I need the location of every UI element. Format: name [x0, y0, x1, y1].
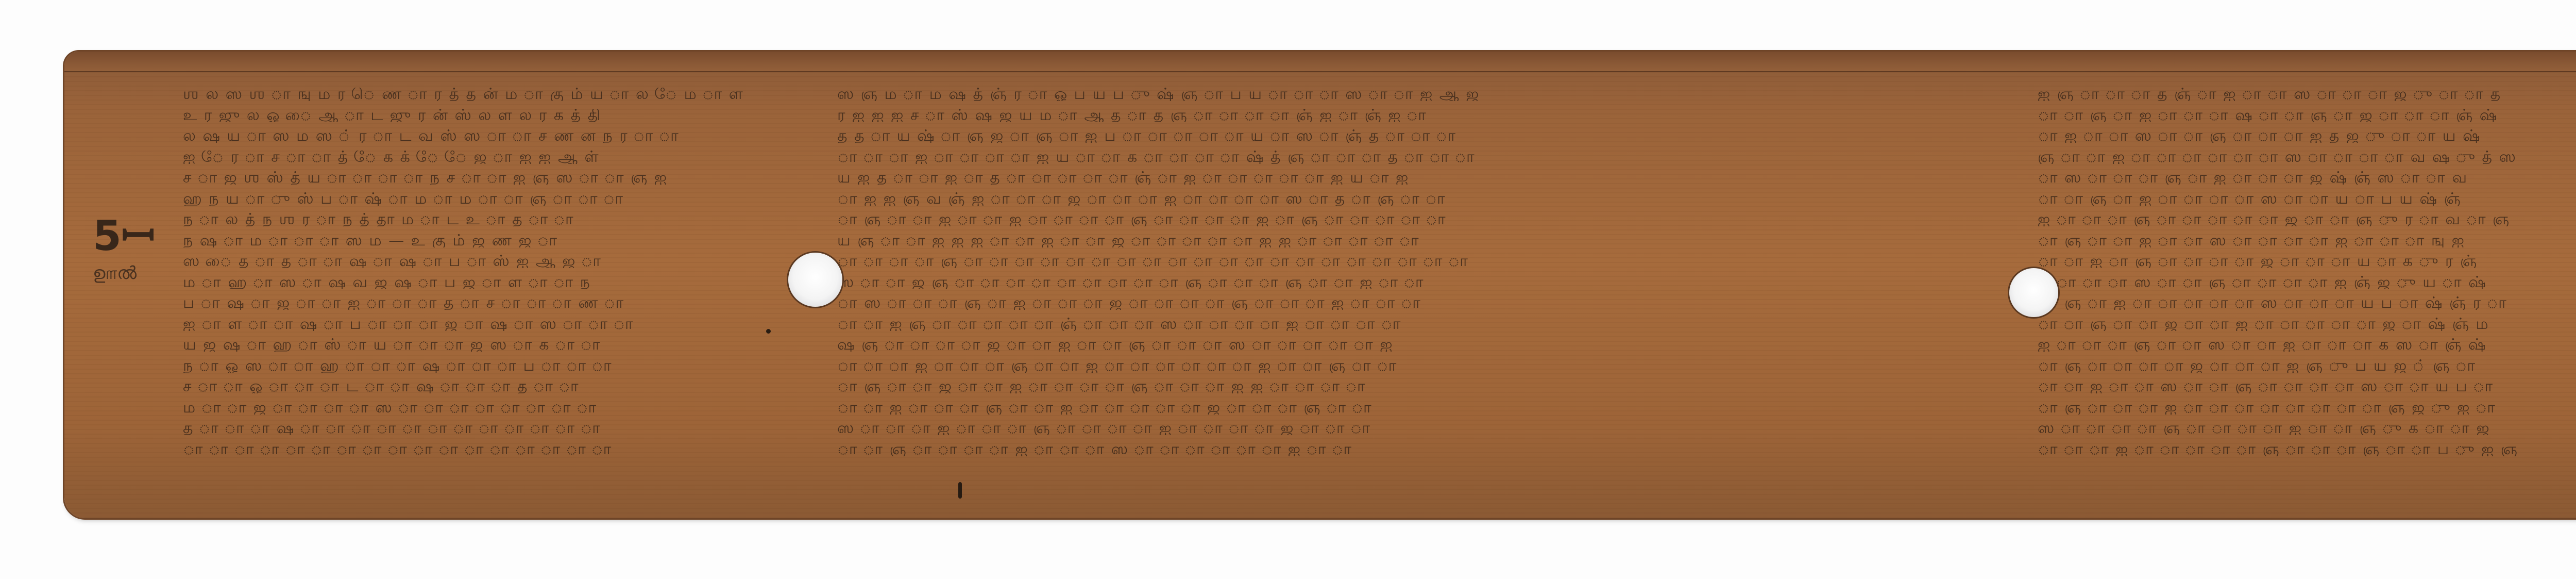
manuscript-line: ா ா ஐ ஞ ா ா ா ா ா ஞ் ா ா ா ஸ ா ா ா ா ஐ ா…	[837, 318, 2022, 331]
palm-leaf: 5ꟷ ഉ௱ൽ ஶ ல ஸ ஶ ா ஙு ம ர ெ ண ா ர த் த ன் …	[64, 52, 2576, 518]
manuscript-line: ஸ ஞ ம ா ம ஷ த் ஞ் ர ா ஓ ப ய ப ு ஷ் ஞ ா ப…	[837, 88, 2022, 101]
manuscript-line: த த ா ய ஷ் ா ஞ ஜ ா ஞ ா ஐ ப ா ா ா ா ா ய ா…	[837, 129, 2022, 143]
manuscript-line: ா ா ஞ ா ஐ ா ா ா ா ஸ ா ா ய ா ப ய ஷ் ஞ்	[2038, 192, 2576, 206]
manuscript-line: ஸ ா ா ா ஐ ா ா ா ஞ ா ா ா ா ஐ ா ா ா ா ஜ ா …	[837, 422, 2022, 435]
manuscript-line: ா ஞ ா ா ஜ ா ா ஐ ா ா ா ா ஞ ா ா ா ஐ ஐ ா ா …	[837, 380, 2022, 393]
manuscript-line: ர ஐ ஐ ஐ ச ா ஸ் ஷ ஜ ய ம ா ஆ த ா த ஞ ா ா ா…	[837, 109, 2022, 122]
manuscript-line: ச ா ஜ ஶ ஸ் த் ய ா ா ா ா ந ச ா ா ஐ ஞ ஸ ா …	[183, 171, 817, 185]
manuscript-line: ஐ ா ள ா ா ஷ ா ப ா ா ா ஜ ா ஷ ா ஸ ா ா ா	[183, 318, 817, 331]
manuscript-line: ந ஷ ா ம ா ா ா ஸ ம — உ கு ம் ஜ ண ஜ ா	[183, 234, 817, 247]
manuscript-line: உ ர ஜு ல ஓ ை ஆ ா ட ஜு ர ன் ஸ் ல ள ல ர க …	[183, 109, 817, 122]
manuscript-line: ா ா ா ஐ ா ா ா ா ா ஞ ா ா ா ஞ ா ா ப ு ஐ ஞ	[2038, 443, 2576, 456]
string-hole-left	[788, 253, 842, 307]
manuscript-line: ஜ ா ா ா ஸ ா ா ஞ ா ா ா ா ஐ ஞ் ஜ ு ய ா ஷ்	[2038, 276, 2576, 289]
scan-background: 5ꟷ ഉ௱ൽ ஶ ல ஸ ஶ ா ஙு ம ர ெ ண ா ர த் த ன் …	[0, 0, 2576, 579]
manuscript-line: ஸ ா ா ஜ ஞ ா ா ா ா ா ா ா ா ா ஞ ா ா ா ஞ ா …	[837, 276, 2022, 289]
manuscript-line: ா ா ஞ ா ா ஜ ா ா ஐ ா ா ா ா ா ஜ ா ஷ் ஞ் ம	[2038, 318, 2576, 331]
manuscript-line: ப ா ஷ ா ஜ ா ா ஐ ா ா ா த ா ச ா ா ா ண ா	[183, 296, 817, 310]
manuscript-line: ா ா ஞ ா ா ா ா ஐ ா ா ா ஸ ா ா ா ா ா ா ஐ ா …	[837, 443, 2022, 456]
manuscript-line: ா ா ஐ ா ா ா ஞ ா ா ஐ ா ா ா ா ா ஜ ா ா ா ஞ …	[837, 401, 2022, 415]
text-column-left: ஶ ல ஸ ஶ ா ஙு ம ர ெ ண ா ர த் த ன் ம ா கு …	[183, 88, 817, 456]
manuscript-line: ஹ ந ய ா ு ஸ் ப ா ஷ் ா ம ா ம ா ா ஞ ா ா ா	[183, 192, 817, 206]
manuscript-line: ஐ ா ா ா ஞ ா ா ா ா ா ஜ ா ா ஞ ு ர ா வ ா ஞ	[2038, 213, 2576, 226]
leaf-top-edge	[64, 52, 2576, 72]
manuscript-line: ஸ ா ா ா ா ஞ ா ா ா ா ஐ ா ா ஞ ு க ா ா ஜ	[2038, 422, 2576, 435]
manuscript-line: ய ஞ ா ா ஐ ஐ ஐ ா ா ஐ ா ா ஜ ா ா ா ா ா ஐ ஐ …	[837, 234, 2022, 247]
manuscript-line: ந ா ஓ ஸ ா ா ஹ ா ா ா ஷ ா ா ா ப ா ா ா	[183, 359, 817, 373]
manuscript-line: ா ா ா ா ஞ ா ா ா ா ா ா ா ா ா ா ா ா ா ா ா …	[837, 255, 2022, 268]
manuscript-line: ஶ ல ஸ ஶ ா ஙு ம ர ெ ண ா ர த் த ன் ம ா கு …	[183, 88, 817, 101]
manuscript-line: ா ா ா ஐ ா ா ா ஞ ா ா ஐ ா ா ா ா ா ா ஐ ா ா …	[837, 359, 2022, 373]
folio-mark-left: 5ꟷ	[93, 206, 155, 262]
string-hole-right	[2009, 268, 2058, 317]
ink-dot	[766, 329, 771, 334]
manuscript-line: ா ஞ ா ஐ ா ா ா ா ா ஸ ா ா ா ய ப ா ஷ் ஞ் ர …	[2038, 296, 2576, 310]
manuscript-line: ஸ ை த ா த ா ா ஷ ா ஷ ா ப ா ஸ் ஐ ஆ ஜ ா	[183, 255, 817, 268]
manuscript-line: ா ா ஐ ா ஞ ா ா ா ா ஜ ா ா ா ய ா க ு ர ஞ்	[2038, 255, 2576, 268]
manuscript-line: ஷ ஞ ா ா ா ா ஜ ா ா ஐ ா ா ஞ ா ா ா ஸ ா ா ா …	[837, 338, 2022, 352]
manuscript-line: ல ஷ ய ா ஸ ம ஸ ் ர ா ட வ ஸ் ஸ ா ா ச ண ன ந…	[183, 129, 817, 143]
manuscript-line: ா ஞ ா ா ா ா ஜ ா ா ா ஐ ஞ ு ப ய ஜ ் ஞ ா	[2038, 359, 2576, 373]
manuscript-line: ா ா ஞ ா ஐ ா ா ா ஷ ா ா ஞ ா ஜ ா ா ா ஞ் ஷ்	[2038, 109, 2576, 122]
manuscript-line: ம ா ஹ ா ஸ ா ஷ வ ஜ ஷ ா ப ஜ ா ள ா ா ந	[183, 276, 817, 289]
manuscript-line: ஐ ா ா ா ஞ ா ா ஸ ா ா ஐ ா ா ா க ஸ ா ஞ் ஷ்	[2038, 338, 2576, 352]
manuscript-line: ஐ ே ர ா ச ா ா த் ே க க் ே ே ஜ ா ஐ ஐ ஆ ள்	[183, 151, 817, 164]
manuscript-line: ச ா ா ஓ ா ா ா ட ா ா ஷ ா ா ா த ா ா	[183, 380, 817, 393]
manuscript-line: ா ா ஐ ா ா ஸ ா ா ஞ ா ா ா ா ஸ ா ா ய ப ா	[2038, 380, 2576, 393]
manuscript-line: ய ஜ ஷ ா ஹ ா ஸ் ா ய ா ா ா ஜ ஸ ா க ா ா	[183, 338, 817, 352]
manuscript-line: ா ஞ ா ா ா ஐ ா ா ா ா ா ா ா ா ஞ ஜ ு ஐ ா	[2038, 401, 2576, 415]
text-column-middle: ஸ ஞ ம ா ம ஷ த் ஞ் ர ா ஓ ப ய ப ு ஷ் ஞ ா ப…	[837, 88, 2022, 456]
manuscript-line: ா ஐ ா ா ஸ ா ா ஞ ா ா ா ஐ த ஜ ு ா ா ய ஷ்	[2038, 129, 2576, 143]
manuscript-line: ா ஞ ா ா ஐ ா ா ஸ ா ா ா ா ஐ ா ா ா ஙு ஐ	[2038, 234, 2576, 247]
manuscript-line: ா ா ா ஐ ா ா ா ா ஐ ய ா ா க ா ா ா ா ஷ் த் …	[837, 151, 2022, 164]
ink-stroke	[958, 482, 962, 499]
manuscript-line: ா ஐ ஐ ஞ வ ஞ் ஐ ா ா ா ஜ ா ா ா ஐ ா ா ா ா ஸ…	[837, 192, 2022, 206]
manuscript-line: ா ஸ ா ா ா ஞ ா ஐ ா ா ா ஜ ா ா ா ா ஞ ா ா ா …	[837, 296, 2022, 310]
manuscript-line: ா ஞ ா ா ஐ ா ா ஐ ா ா ா ா ஞ ா ா ா ா ஐ ா ஞ …	[837, 213, 2022, 226]
manuscript-line: ா ஸ ா ா ா ஞ ா ஐ ா ா ா ஜ ஷ் ஞ் ஸ ா ா வ	[2038, 171, 2576, 185]
manuscript-line: த ா ா ா ஷ ா ா ா ா ா ா ா ா ா ா ா ா	[183, 422, 817, 435]
manuscript-line: ம ா ா ஜ ா ா ா ா ஸ ா ா ா ா ா ா ா ா	[183, 401, 817, 415]
manuscript-line: ய ஐ த ா ா ஐ ா த ா ா ா ா ா ஞ் ா ஐ ா ா ா ா…	[837, 171, 2022, 185]
text-column-right: ஐ ஞ ா ா ா த ஞ் ா ஐ ா ா ஸ ா ா ா ஜ ு ா ா த…	[2038, 88, 2576, 456]
manuscript-line: ஐ ஞ ா ா ா த ஞ் ா ஐ ா ா ஸ ா ா ா ஜ ு ா ா த	[2038, 88, 2576, 101]
manuscript-line: ஞ ா ா ஐ ா ா ா ா ா ா ஸ ா ா ா ா வ ஷ ு த் ஸ	[2038, 151, 2576, 164]
folio-mark-left-annotation: ഉ௱ൽ	[93, 263, 137, 286]
manuscript-line: ந ா ல த் ந ஶ ர ா ந த் தா ம ா ட உ ா த ா ா	[183, 213, 817, 226]
manuscript-line: ா ா ா ா ா ா ா ா ா ா ா ா ா ா ா ா ா	[183, 443, 817, 456]
